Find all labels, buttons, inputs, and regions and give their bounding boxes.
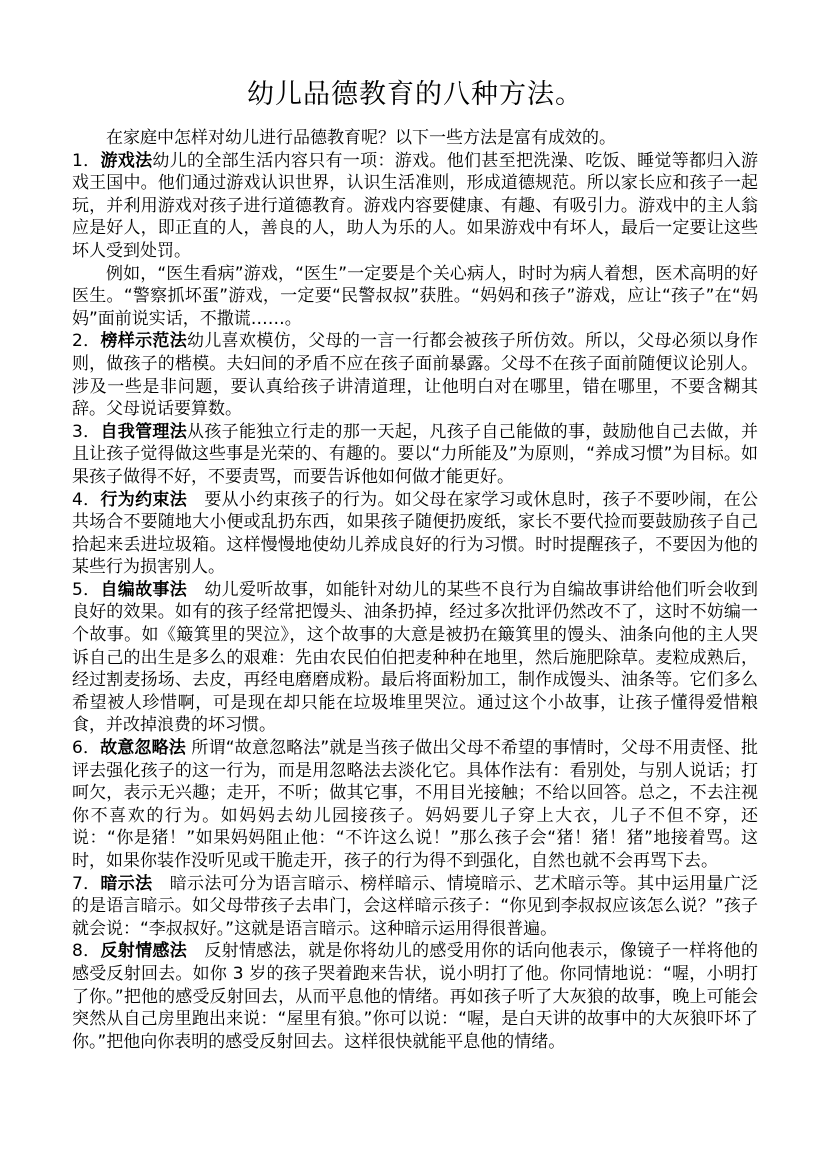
method-name: 自编故事法	[100, 580, 187, 600]
paragraph-method-4: 4．行为约束法 要从小约束孩子的行为。如父母在家学习或休息时，孩子不要吵闹，在公…	[72, 489, 758, 579]
paragraph-text: 在家庭中怎样对幼儿进行品德教育呢？以下一些方法是富有成效的。	[106, 128, 616, 148]
paragraph-method-2: 2．榜样示范法幼儿喜欢模仿，父母的一言一行都会被孩子所仿效。所以，父母必须以身作…	[72, 330, 758, 420]
paragraph-text: 暗示法可分为语言暗示、榜样暗示、情境暗示、艺术暗示等。其中运用量广泛的是语言暗示…	[72, 874, 758, 939]
paragraph-method-7: 7．暗示法 暗示法可分为语言暗示、榜样暗示、情境暗示、艺术暗示等。其中运用量广泛…	[72, 873, 758, 941]
document-content: 幼儿品德教育的八种方法。 在家庭中怎样对幼儿进行品德教育呢？以下一些方法是富有成…	[72, 78, 758, 1053]
method-name: 自我管理法	[100, 422, 187, 442]
paragraph-number: 4．	[72, 490, 100, 510]
paragraph-text: 例如，“医生看病”游戏，“医生”一定要是个关心病人，时时为病人着想，医术高明的好…	[72, 264, 758, 329]
method-name: 反射情感法	[100, 941, 187, 961]
paragraph-method-6: 6．故意忽略法 所谓“故意忽略法”就是当孩子做出父母不希望的事情时，父母不用责怪…	[72, 737, 758, 873]
paragraph-method-1: 1．游戏法幼儿的全部生活内容只有一项：游戏。他们甚至把洗澡、吃饭、睡觉等都归入游…	[72, 150, 758, 263]
paragraph-method-5: 5．自编故事法 幼儿爱听故事，如能针对幼儿的某些不良行为自编故事讲给他们听会收到…	[72, 579, 758, 737]
method-name: 榜样示范法	[100, 331, 187, 351]
method-name: 暗示法	[100, 874, 152, 894]
document-page: 幼儿品德教育的八种方法。 在家庭中怎样对幼儿进行品德教育呢？以下一些方法是富有成…	[0, 0, 827, 1170]
paragraph-number: 8．	[72, 941, 100, 961]
paragraph-method-3: 3．自我管理法从孩子能独立行走的那一天起，凡孩子自己能做的事，鼓励他自己去做，并…	[72, 421, 758, 489]
method-name: 故意忽略法	[100, 738, 186, 758]
method-name: 游戏法	[100, 151, 152, 171]
paragraph-number: 1．	[72, 151, 100, 171]
paragraph-number: 7．	[72, 874, 100, 894]
paragraph-number: 5．	[72, 580, 100, 600]
paragraph-text: 幼儿的全部生活内容只有一项：游戏。他们甚至把洗澡、吃饭、睡觉等都归入游戏王国中。…	[72, 151, 758, 261]
document-title: 幼儿品德教育的八种方法。	[72, 78, 758, 112]
example-paragraph: 例如，“医生看病”游戏，“医生”一定要是个关心病人，时时为病人着想，医术高明的好…	[72, 263, 758, 331]
paragraph-number: 2．	[72, 331, 100, 351]
paragraph-number: 3．	[72, 422, 100, 442]
paragraph-method-8: 8．反射情感法 反射情感法，就是你将幼儿的感受用你的话向他表示，像镜子一样将他的…	[72, 940, 758, 1053]
method-name: 行为约束法	[100, 490, 187, 510]
paragraph-number: 6．	[72, 738, 100, 758]
paragraph-text: 幼儿爱听故事，如能针对幼儿的某些不良行为自编故事讲给他们听会收到良好的效果。如有…	[72, 580, 758, 736]
intro-paragraph: 在家庭中怎样对幼儿进行品德教育呢？以下一些方法是富有成效的。	[72, 127, 758, 150]
